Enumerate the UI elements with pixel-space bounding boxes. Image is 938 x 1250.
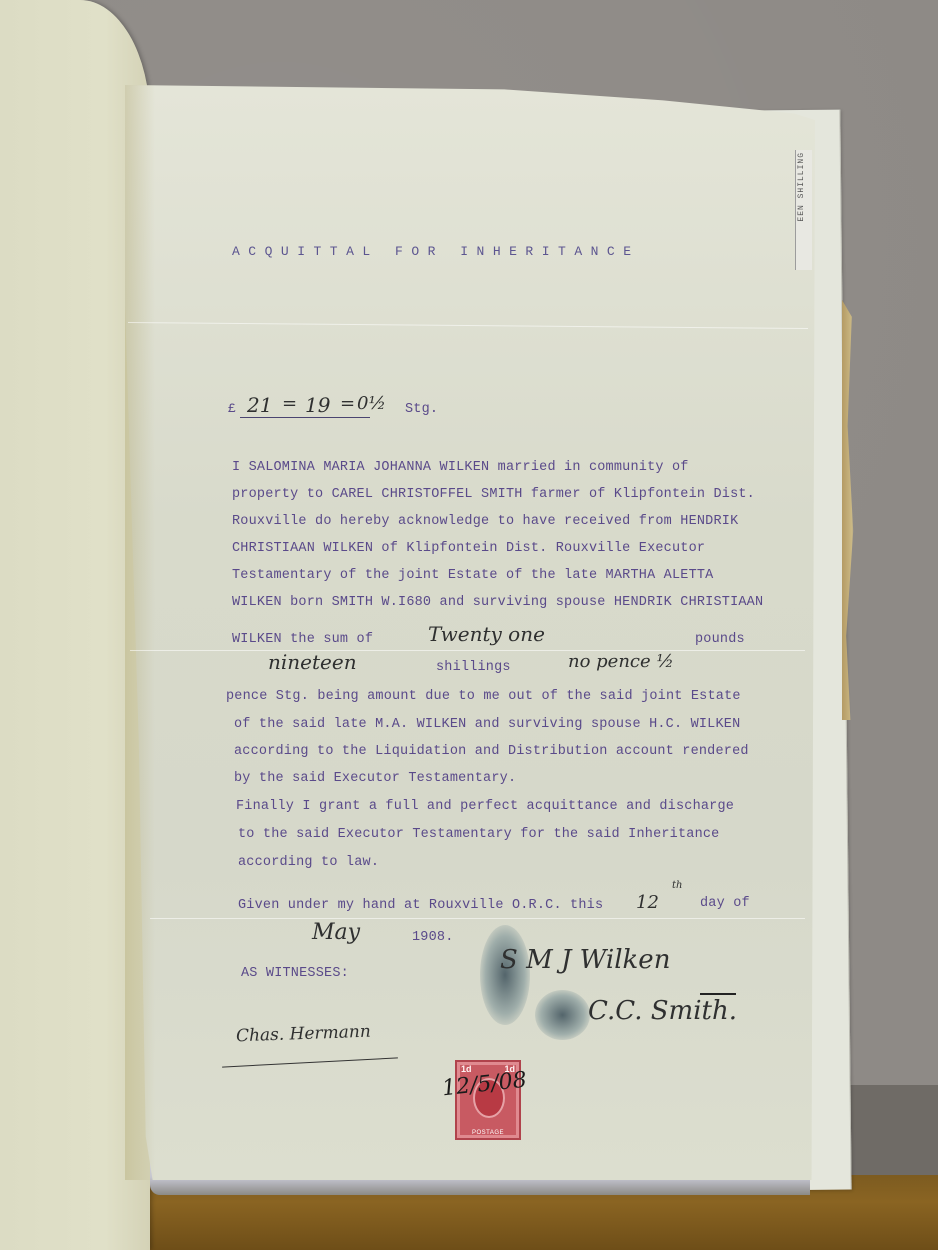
side-strip-text: EEN SHILLING <box>797 152 806 222</box>
ink-seal-right <box>535 990 590 1040</box>
body-line: Rouxville do hereby acknowledge to have … <box>232 514 738 529</box>
handwritten-shillings: nineteen <box>268 650 357 674</box>
body-line: to the said Executor Testamentary for th… <box>238 827 719 842</box>
body-line: property to CAREL CHRISTOFFEL SMITH farm… <box>232 487 755 502</box>
body-line: pence Stg. being amount due to me out of… <box>226 689 741 704</box>
handwritten-pence: no pence ½ <box>568 651 674 672</box>
day-suffix: th <box>672 880 682 891</box>
fold-crease <box>150 918 805 919</box>
fold-crease <box>130 650 805 651</box>
amount-suffix: Stg. <box>405 402 438 417</box>
document-title: ACQUITTAL FOR INHERITANCE <box>232 244 640 259</box>
body-line: CHRISTIAAN WILKEN of Klipfontein Dist. R… <box>232 541 705 556</box>
day-of-label: day of <box>700 896 750 911</box>
year: 1908. <box>412 930 454 945</box>
stamp-footer: POSTAGE <box>457 1130 519 1136</box>
handwritten-month: May <box>312 920 360 945</box>
body-line: according to law. <box>238 855 379 870</box>
signature-wilken: S M J Wilken <box>500 945 670 975</box>
amount-separator: = <box>340 393 355 414</box>
side-revenue-strip: EEN SHILLING <box>795 150 812 270</box>
amount-pounds: 21 <box>247 393 272 417</box>
body-line: I SALOMINA MARIA JOHANNA WILKEN married … <box>232 460 689 475</box>
given-line: Given under my hand at Rouxville O.R.C. … <box>238 898 603 913</box>
signature-smith: C.C. Smith. <box>588 996 737 1026</box>
amount-separator: = <box>282 393 297 414</box>
gutter-shadow <box>125 85 155 1180</box>
body-line: Testamentary of the joint Estate of the … <box>232 568 713 583</box>
shillings-label: shillings <box>436 660 511 675</box>
ink-seal-left <box>480 925 530 1025</box>
body-line: by the said Executor Testamentary. <box>234 771 516 786</box>
handwritten-day: 12 <box>636 892 659 913</box>
amount-pence: 0½ <box>357 393 386 414</box>
body-line: according to the Liquidation and Distrib… <box>234 744 749 759</box>
pounds-label: pounds <box>695 632 745 647</box>
handwritten-pounds: Twenty one <box>428 622 545 646</box>
body-line: WILKEN born SMITH W.I680 and surviving s… <box>232 595 763 610</box>
sum-prefix: WILKEN the sum of <box>232 632 373 647</box>
body-line: of the said late M.A. WILKEN and survivi… <box>234 717 740 732</box>
witnesses-label: AS WITNESSES: <box>241 966 349 981</box>
amount-underline <box>240 417 370 418</box>
currency-symbol: £ <box>228 401 236 416</box>
amount-shillings: 19 <box>305 393 330 417</box>
signature-overline <box>700 993 736 995</box>
body-line: Finally I grant a full and perfect acqui… <box>236 799 734 814</box>
